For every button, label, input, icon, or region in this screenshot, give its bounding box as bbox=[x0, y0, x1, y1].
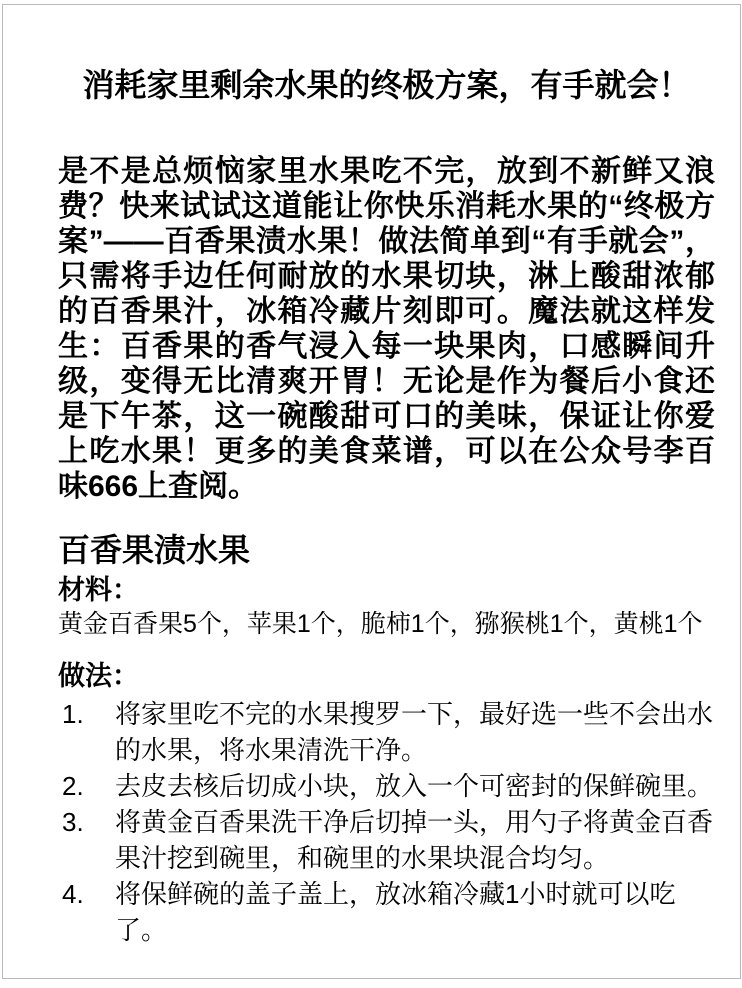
step-number: 4. bbox=[58, 876, 115, 912]
step-item: 1. 将家里吃不完的水果搜罗一下，最好选一些不会出水的水果，将水果清洗干净。 bbox=[58, 696, 715, 768]
step-item: 2. 去皮去核后切成小块，放入一个可密封的保鲜碗里。 bbox=[58, 768, 715, 804]
steps-list: 1. 将家里吃不完的水果搜罗一下，最好选一些不会出水的水果，将水果清洗干净。 2… bbox=[58, 696, 715, 948]
recipe-name-heading: 百香果渍水果 bbox=[58, 530, 715, 570]
materials-text: 黄金百香果5个，苹果1个，脆柿1个，猕猴桃1个，黄桃1个 bbox=[58, 606, 715, 642]
page-content: 消耗家里剩余水果的终极方案，有手就会！ 是不是总烦恼家里水果吃不完，放到不新鲜又… bbox=[58, 0, 715, 948]
steps-label: 做法： bbox=[58, 660, 715, 692]
step-text: 将家里吃不完的水果搜罗一下，最好选一些不会出水的水果，将水果清洗干净。 bbox=[115, 696, 715, 768]
step-text: 将黄金百香果洗干净后切掉一头，用勺子将黄金百香果汁挖到碗里，和碗里的水果块混合均… bbox=[115, 804, 715, 876]
document-page: 消耗家里剩余水果的终极方案，有手就会！ 是不是总烦恼家里水果吃不完，放到不新鲜又… bbox=[0, 0, 742, 988]
step-number: 1. bbox=[58, 696, 115, 732]
materials-label: 材料： bbox=[58, 574, 715, 606]
intro-paragraph: 是不是总烦恼家里水果吃不完，放到不新鲜又浪费？快来试试这道能让你快乐消耗水果的“… bbox=[58, 154, 715, 504]
step-item: 4. 将保鲜碗的盖子盖上，放冰箱冷藏1小时就可以吃了。 bbox=[58, 876, 715, 948]
step-number: 3. bbox=[58, 804, 115, 840]
step-item: 3. 将黄金百香果洗干净后切掉一头，用勺子将黄金百香果汁挖到碗里，和碗里的水果块… bbox=[58, 804, 715, 876]
step-text: 去皮去核后切成小块，放入一个可密封的保鲜碗里。 bbox=[115, 768, 715, 804]
step-text: 将保鲜碗的盖子盖上，放冰箱冷藏1小时就可以吃了。 bbox=[115, 876, 715, 948]
article-title: 消耗家里剩余水果的终极方案，有手就会！ bbox=[58, 64, 715, 106]
step-number: 2. bbox=[58, 768, 115, 804]
